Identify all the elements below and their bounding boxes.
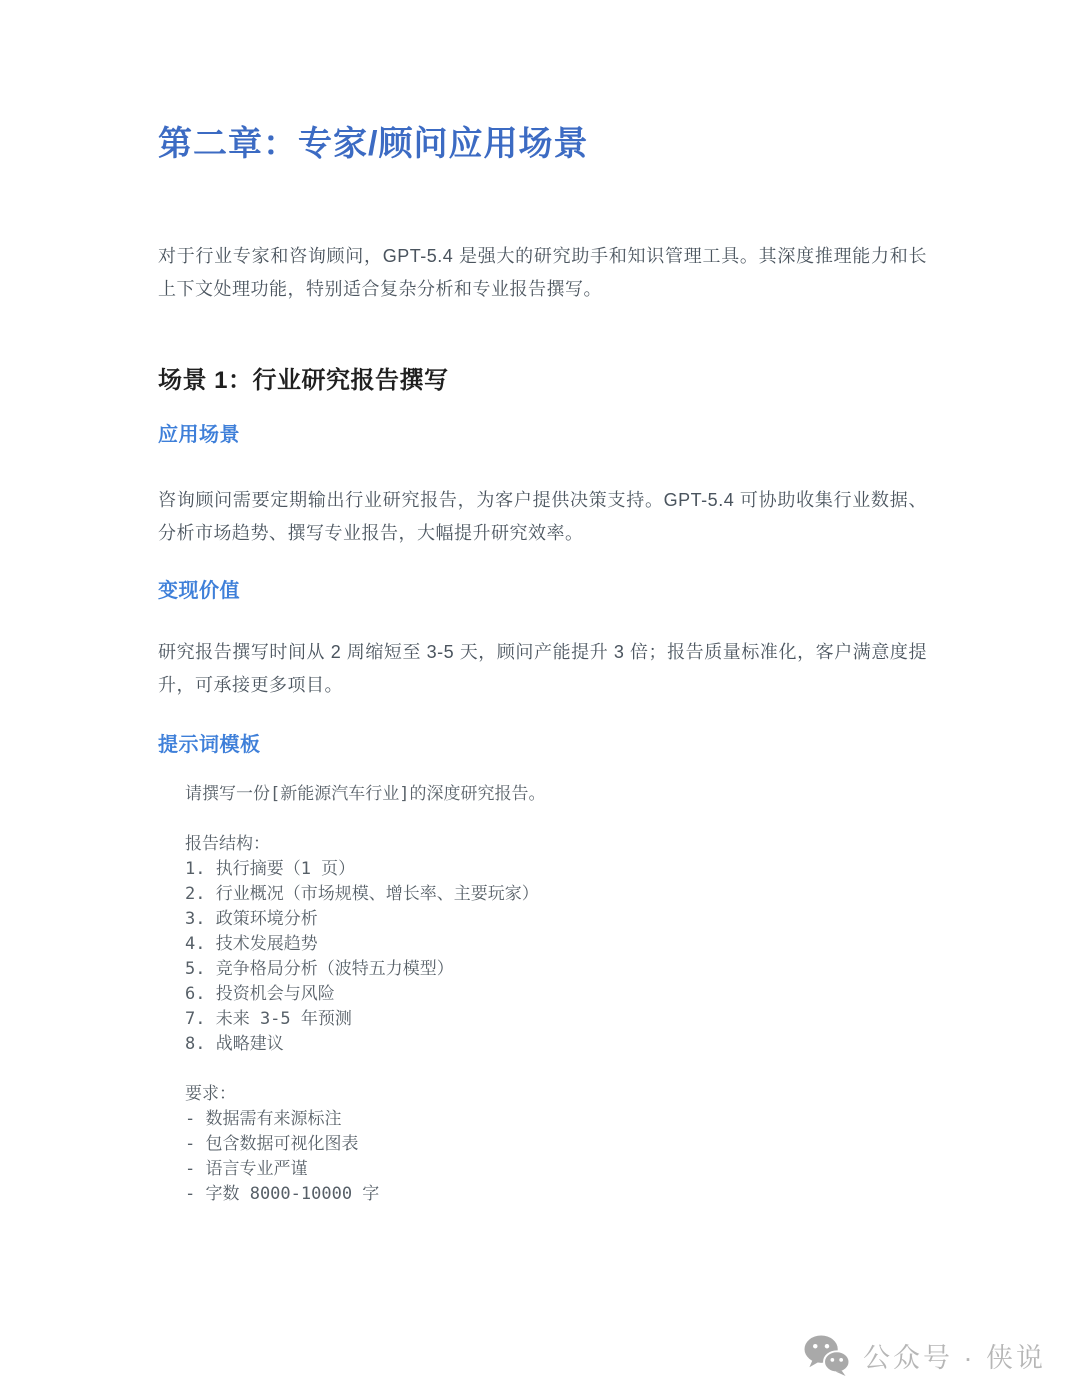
prompt-template-line: - 字数 8000-10000 字 [185, 1182, 927, 1207]
prompt-template-line: - 数据需有来源标注 [185, 1107, 927, 1132]
subheading-application-scenario: 应用场景 [158, 422, 927, 448]
application-scenario-paragraph: 咨询顾问需要定期输出行业研究报告，为客户提供决策支持。GPT-5.4 可协助收集… [158, 484, 927, 550]
watermark: 公众号 · 侠说 [803, 1334, 1046, 1377]
prompt-template-block: 请撰写一份[新能源汽车行业]的深度研究报告。 报告结构：1. 执行摘要（1 页）… [158, 782, 927, 1207]
prompt-template-line: 3. 政策环境分析 [185, 907, 927, 932]
wechat-logo-icon [803, 1334, 850, 1377]
prompt-template-line: - 包含数据可视化图表 [185, 1132, 927, 1157]
subheading-monetization-value: 变现价值 [158, 578, 927, 604]
prompt-template-line: 4. 技术发展趋势 [185, 932, 927, 957]
subheading-prompt-template: 提示词模板 [158, 732, 927, 758]
prompt-template-line: 要求： [185, 1082, 927, 1107]
prompt-template-line: 5. 竞争格局分析（波特五力模型） [185, 957, 927, 982]
scene-heading: 场景 1：行业研究报告撰写 [158, 366, 927, 396]
document-page: 第二章：专家/顾问应用场景 对于行业专家和咨询顾问，GPT-5.4 是强大的研究… [0, 0, 1080, 1397]
prompt-template-line: - 语言专业严谨 [185, 1157, 927, 1182]
prompt-template-line [185, 1057, 927, 1082]
monetization-value-paragraph: 研究报告撰写时间从 2 周缩短至 3-5 天，顾问产能提升 3 倍；报告质量标准… [158, 636, 927, 702]
prompt-template-line [185, 807, 927, 832]
prompt-template-line: 请撰写一份[新能源汽车行业]的深度研究报告。 [185, 782, 927, 807]
chapter-title: 第二章：专家/顾问应用场景 [158, 0, 927, 168]
prompt-template-line: 6. 投资机会与风险 [185, 982, 927, 1007]
prompt-template-line: 7. 未来 3-5 年预测 [185, 1007, 927, 1032]
watermark-text: 公众号 · 侠说 [863, 1336, 1046, 1375]
prompt-template-line: 报告结构： [185, 832, 927, 857]
prompt-template-line: 1. 执行摘要（1 页） [185, 857, 927, 882]
prompt-template-line: 2. 行业概况（市场规模、增长率、主要玩家） [185, 882, 927, 907]
prompt-template-line: 8. 战略建议 [185, 1032, 927, 1057]
chapter-intro-paragraph: 对于行业专家和咨询顾问，GPT-5.4 是强大的研究助手和知识管理工具。其深度推… [158, 240, 927, 306]
